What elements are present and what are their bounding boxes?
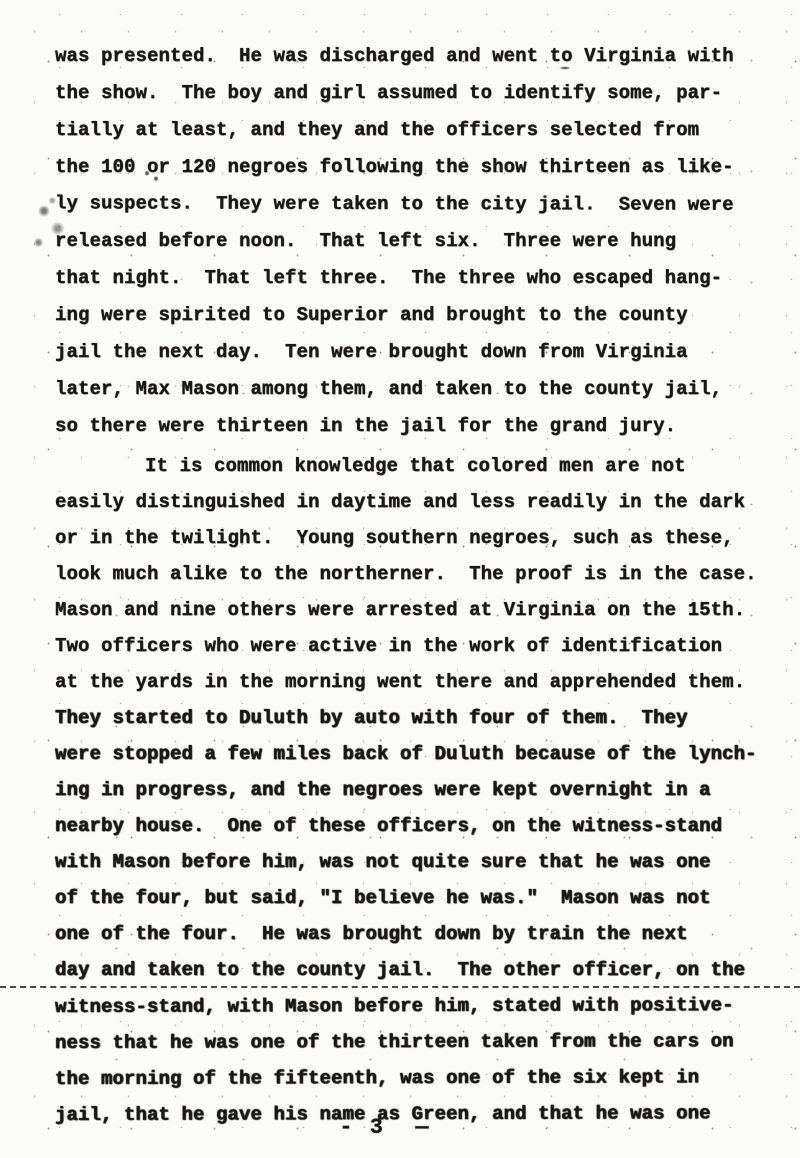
- text-line: day and taken to the county jail. The ot…: [55, 952, 755, 988]
- text-line: Two officers who were active in the work…: [55, 628, 755, 664]
- text-line: the show. The boy and girl assumed to id…: [55, 75, 755, 112]
- paragraph-2: It is common knowledge that colored men …: [55, 448, 755, 1132]
- text-line: tially at least, and they and the office…: [55, 112, 755, 149]
- text-line: witness-stand, with Mason before him, st…: [55, 987, 755, 1025]
- text-line: It is common knowledge that colored men …: [55, 448, 755, 484]
- text-line: They started to Duluth by auto with four…: [55, 700, 755, 736]
- text-line: ly suspects. They were taken to the city…: [55, 185, 755, 223]
- text-line: was presented. He was discharged and wen…: [55, 38, 755, 75]
- text-line: were stopped a few miles back of Duluth …: [55, 736, 755, 772]
- text-line: or in the twilight. Young southern negro…: [55, 520, 755, 556]
- text-line: ness that he was one of the thirteen tak…: [55, 1023, 755, 1061]
- text-line: that night. That left three. The three w…: [55, 260, 755, 297]
- text-line: look much alike to the northerner. The p…: [55, 556, 755, 592]
- typewritten-text-block: was presented. He was discharged and wen…: [55, 38, 755, 1132]
- text-line: so there were thirteen in the jail for t…: [55, 408, 755, 445]
- paragraph-1: was presented. He was discharged and wen…: [55, 38, 755, 445]
- text-line: ing were spirited to Superior and brough…: [55, 297, 755, 334]
- text-line: one of the four. He was brought down by …: [55, 916, 755, 952]
- text-line: jail the next day. Ten were brought down…: [55, 334, 755, 371]
- text-line: with Mason before him, was not quite sur…: [55, 844, 755, 880]
- text-line: the 100 or 120 negroes following the sho…: [55, 149, 755, 186]
- text-line: later, Max Mason among them, and taken t…: [55, 371, 755, 408]
- text-line: the morning of the fifteenth, was one of…: [55, 1059, 755, 1097]
- text-line: nearby house. One of these officers, on …: [55, 808, 755, 844]
- page-number: - 3 —: [0, 1115, 770, 1140]
- text-line: Mason and nine others were arrested at V…: [55, 592, 755, 628]
- text-line: ing in progress, and the negroes were ke…: [55, 772, 755, 808]
- text-line: at the yards in the morning went there a…: [55, 664, 755, 700]
- text-line: of the four, but said, "I believe he was…: [55, 880, 755, 916]
- scanned-document-page: was presented. He was discharged and wen…: [0, 0, 800, 1158]
- text-line: released before noon. That left six. Thr…: [55, 223, 755, 260]
- text-line: easily distinguished in daytime and less…: [55, 484, 755, 520]
